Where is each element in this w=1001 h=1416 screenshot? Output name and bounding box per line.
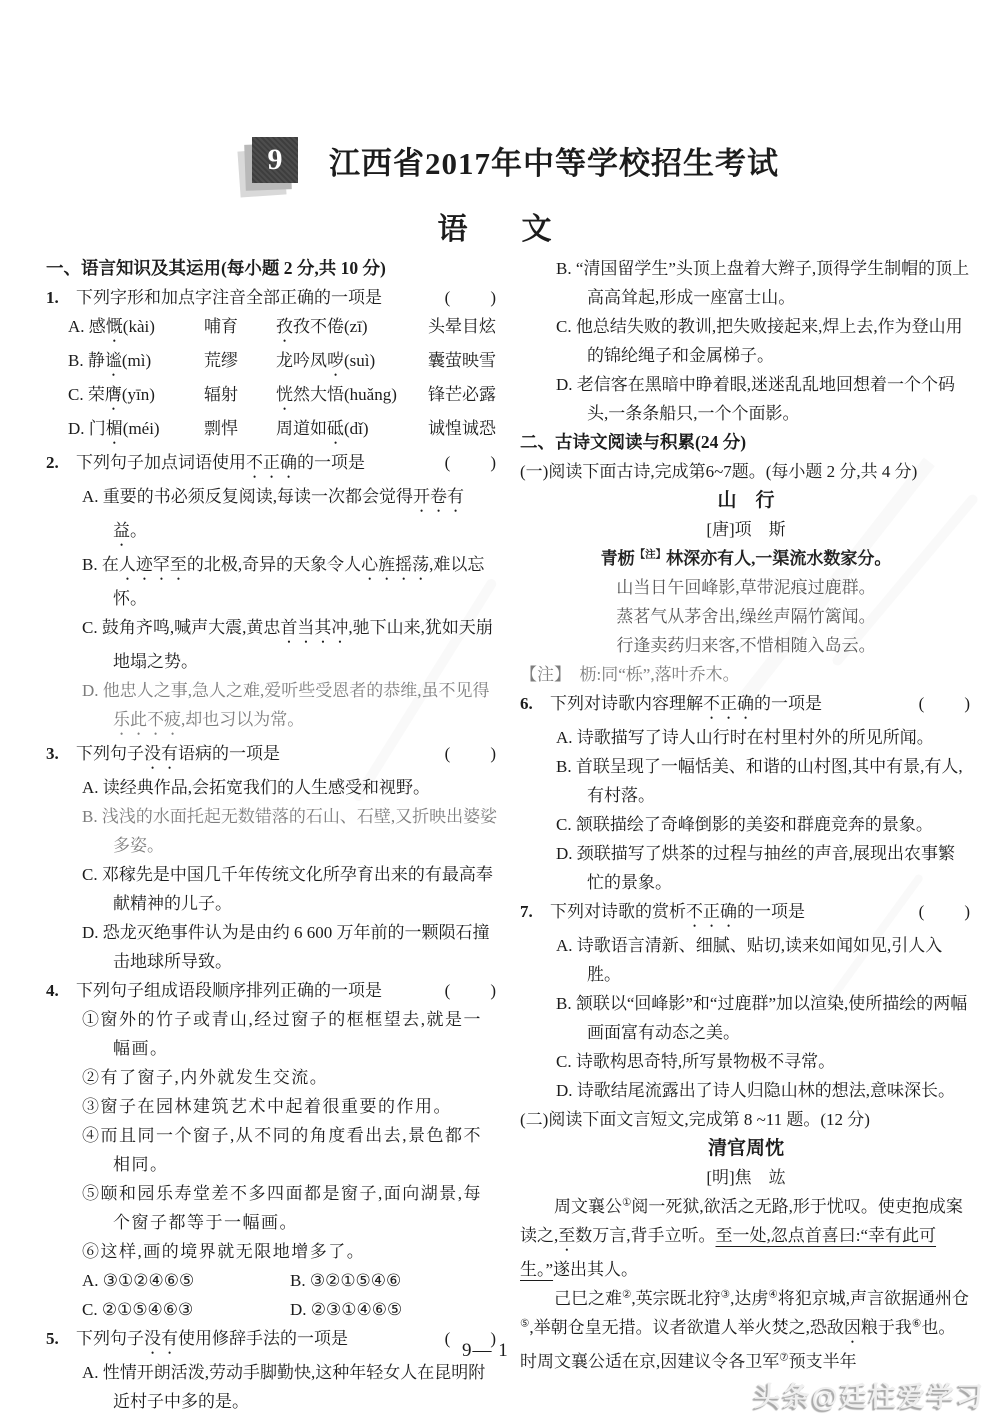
option-cell: 荒缪	[204, 346, 276, 380]
question-line: 4.下列句子组成语段顺序排列正确的一项是( )	[46, 976, 498, 1005]
question-text: 下列句子没有语病的一项是	[76, 739, 441, 773]
question-number: 4.	[46, 976, 76, 1005]
question-number: 6.	[520, 689, 550, 723]
passage-title: 山 行	[520, 486, 972, 515]
answer-bracket: ( )	[915, 897, 972, 931]
option-cell: D. 门楣(méi)	[68, 414, 204, 448]
option-line: B. 颔联以“回峰影”和“过鹿群”加以渲染,使所描绘的两幅画面富有动态之美。	[520, 989, 972, 1047]
question-line: 7.下列对诗歌的赏析不正确的一项是( )	[520, 897, 972, 931]
answer-bracket: ( )	[441, 283, 498, 312]
question-number: 3.	[46, 739, 76, 773]
option-cell: 孜孜不倦(zī)	[276, 312, 428, 346]
question-line: 1.下列字形和加点字注音全部正确的一项是( )	[46, 283, 498, 312]
section-heading: 二、古诗文阅读与积累(24 分)	[520, 428, 972, 457]
sequence-option-row: A. ③①②④⑥⑤B. ③②①⑤④⑥	[46, 1266, 498, 1295]
option-line: A. 性情开朗活泼,劳动手脚勤快,这种年轻女人在昆明附近村子中多的是。	[46, 1358, 498, 1416]
option-line: B. 首联呈现了一幅恬美、和谐的山村图,其中有景,有人,有村落。	[520, 752, 972, 810]
question-text: 下列句子没有使用修辞手法的一项是	[76, 1324, 441, 1358]
option-cell: 恍然大悟(huǎng)	[276, 380, 428, 414]
option-cell: 辐射	[204, 380, 276, 414]
sequence-sentence: ④而且同一个窗子,从不同的角度看出去,景色都不相同。	[46, 1121, 498, 1179]
option-cell: 头晕目炫	[428, 312, 498, 346]
option-line: B. 在人迹罕至的北极,奇异的天象令人心旌摇荡,难以忘怀。	[46, 550, 498, 613]
sequence-option: C. ②①⑤④⑥③	[82, 1295, 290, 1324]
option-cell: C. 荣膺(yīn)	[68, 380, 204, 414]
poem-line: 青枥【注】林深亦有人,一渠流水数家分。	[520, 544, 972, 573]
section-heading: 一、语言知识及其运用(每小题 2 分,共 10 分)	[46, 254, 498, 283]
option-line: A. 读经典作品,会拓宽我们的人生感受和视野。	[46, 773, 498, 802]
option-cell: 囊萤映雪	[428, 346, 498, 380]
question-text: 下列句子加点词语使用不正确的一项是	[76, 448, 441, 482]
sequence-sentence: ③窗子在园林建筑艺术中起着很重要的作用。	[46, 1092, 498, 1121]
word-option-row: D. 门楣(méi)剽悍周道如砥(dǐ)诚惶诚恐	[46, 414, 498, 448]
sequence-sentence: ①窗外的竹子或青山,经过窗子的框框望去,就是一幅画。	[46, 1005, 498, 1063]
option-line: D. 老信客在黑暗中睁着眼,迷迷乱乱地回想着一个个码头,一条条船只,一个个面影。	[520, 370, 972, 428]
answer-bracket: ( )	[441, 448, 498, 482]
word-option-row: B. 静谧(mì)荒缪龙吟凤哕(suì)囊萤映雪	[46, 346, 498, 380]
option-cell: 剽悍	[204, 414, 276, 448]
question-text: 下列字形和加点字注音全部正确的一项是	[76, 283, 441, 312]
option-cell: 龙吟凤哕(suì)	[276, 346, 428, 380]
subject-title: 语 文	[0, 204, 1001, 248]
page-number: 9— 1	[462, 1340, 509, 1362]
option-line: A. 重要的书必须反复阅读,每读一次都会觉得开卷有益。	[46, 482, 498, 550]
option-line: D. 他忠人之事,急人之难,爱听些受恩者的恭维,虽不见得乐此不疲,却也习以为常。	[46, 676, 498, 739]
question-text: 下列句子组成语段顺序排列正确的一项是	[76, 976, 441, 1005]
instruction-line: (二)阅读下面文言短文,完成第 8 ~11 题。(12 分)	[520, 1105, 972, 1134]
classical-paragraph: 己巳之难②,英宗既北狩③,达虏④将犯京城,声言欲据通州仓⑤,举朝仓皇无措。议者欲…	[520, 1284, 972, 1376]
question-number: 7.	[520, 897, 550, 931]
option-line: A. 诗歌语言清新、细腻、贴切,读来如闻如见,引人入胜。	[520, 931, 972, 989]
option-cell: 锋芒必露	[428, 380, 498, 414]
question-text: 下列对诗歌内容理解不正确的一项是	[550, 689, 915, 723]
instruction-line: (一)阅读下面古诗,完成第6~7题。(每小题 2 分,共 4 分)	[520, 457, 972, 486]
classical-paragraph: 周文襄公①阅一死狱,欲活之无路,形于忧叹。使吏抱成案读之,至数万言,背手立听。至…	[520, 1192, 972, 1284]
option-line: D. 诗歌结尾流露出了诗人归隐山林的想法,意味深长。	[520, 1076, 972, 1105]
sequence-option: B. ③②①⑤④⑥	[290, 1266, 498, 1295]
question-line: 6.下列对诗歌内容理解不正确的一项是( )	[520, 689, 972, 723]
exam-title: 江西省2017年中等学校招生考试	[329, 138, 779, 183]
question-number: 1.	[46, 283, 76, 312]
question-number: 5.	[46, 1324, 76, 1358]
lesson-number-badge: 9	[252, 137, 302, 187]
passage-author: [唐]项 斯	[520, 515, 972, 544]
question-line: 5.下列句子没有使用修辞手法的一项是( )	[46, 1324, 498, 1358]
poem-line: 山当日午回峰影,草带泥痕过鹿群。	[520, 573, 972, 602]
option-line: C. 诗歌构思奇特,所写景物极不寻常。	[520, 1047, 972, 1076]
option-line: C. 邓稼先是中国几千年传统文化所孕育出来的有最高奉献精神的儿子。	[46, 860, 498, 918]
two-column-body: 一、语言知识及其运用(每小题 2 分,共 10 分)1.下列字形和加点字注音全部…	[46, 254, 972, 1416]
sequence-option-row: C. ②①⑤④⑥③D. ②③①④⑥⑤	[46, 1295, 498, 1324]
option-line: B. 浅浅的水面托起无数错落的石山、石壁,又折映出婆娑多姿。	[46, 802, 498, 860]
sequence-option: A. ③①②④⑥⑤	[82, 1266, 290, 1295]
answer-bracket: ( )	[441, 739, 498, 773]
left-column: 一、语言知识及其运用(每小题 2 分,共 10 分)1.下列字形和加点字注音全部…	[46, 254, 498, 1416]
option-cell: 诚惶诚恐	[428, 414, 498, 448]
question-line: 3.下列句子没有语病的一项是( )	[46, 739, 498, 773]
sequence-option: D. ②③①④⑥⑤	[290, 1295, 498, 1324]
lesson-number: 9	[252, 137, 298, 183]
answer-bracket: ( )	[915, 689, 972, 723]
question-number: 2.	[46, 448, 76, 482]
instruction-line: 【注】 枥:同“栎”,落叶乔木。	[520, 660, 972, 689]
option-line: D. 颈联描写了烘茶的过程与抽丝的声音,展现出农事繁忙的景象。	[520, 839, 972, 897]
passage-author: [明]焦 竑	[520, 1163, 972, 1192]
question-text: 下列对诗歌的赏析不正确的一项是	[550, 897, 915, 931]
poem-line: 行逢卖药归来客,不惜相随入岛云。	[520, 631, 972, 660]
answer-bracket: ( )	[441, 976, 498, 1005]
word-option-row: C. 荣膺(yīn)辐射恍然大悟(huǎng)锋芒必露	[46, 380, 498, 414]
option-line: C. 他总结失败的教训,把失败接起来,焊上去,作为登山用的锦纶绳子和金属梯子。	[520, 312, 972, 370]
sequence-sentence: ⑥这样,画的境界就无限地增多了。	[46, 1237, 498, 1266]
option-line: C. 颔联描绘了奇峰倒影的美姿和群鹿竞奔的景象。	[520, 810, 972, 839]
option-line: D. 恐龙灭绝事件认为是由约 6 600 万年前的一颗陨石撞击地球所导致。	[46, 918, 498, 976]
option-line: C. 鼓角齐鸣,喊声大震,黄忠首当其冲,驰下山来,犹如天崩地塌之势。	[46, 613, 498, 676]
right-column: B. “清国留学生”头顶上盘着大辫子,顶得学生制帽的顶上高高耸起,形成一座富士山…	[520, 254, 972, 1416]
sequence-sentence: ②有了窗子,内外就发生交流。	[46, 1063, 498, 1092]
exam-page: 9 江西省2017年中等学校招生考试 语 文 一、语言知识及其运用(每小题 2 …	[0, 0, 1001, 1416]
option-cell: 周道如砥(dǐ)	[276, 414, 428, 448]
option-line: B. “清国留学生”头顶上盘着大辫子,顶得学生制帽的顶上高高耸起,形成一座富士山…	[520, 254, 972, 312]
question-line: 2.下列句子加点词语使用不正确的一项是( )	[46, 448, 498, 482]
option-cell: A. 感慨(kài)	[68, 312, 204, 346]
poem-line: 蒸茗气从茅舍出,缲丝声隔竹篱闻。	[520, 602, 972, 631]
passage-title: 清官周忱	[520, 1134, 972, 1163]
option-line: A. 诗歌描写了诗人山行时在村里村外的所见所闻。	[520, 723, 972, 752]
sequence-sentence: ⑤颐和园乐寿堂差不多四面都是窗子,面向湖景,每个窗子都等于一幅画。	[46, 1179, 498, 1237]
option-cell: B. 静谧(mì)	[68, 346, 204, 380]
option-cell: 哺育	[204, 312, 276, 346]
word-option-row: A. 感慨(kài)哺育孜孜不倦(zī)头晕目炫	[46, 312, 498, 346]
watermark-text: 头条@廷柱爱学习	[754, 1375, 985, 1414]
